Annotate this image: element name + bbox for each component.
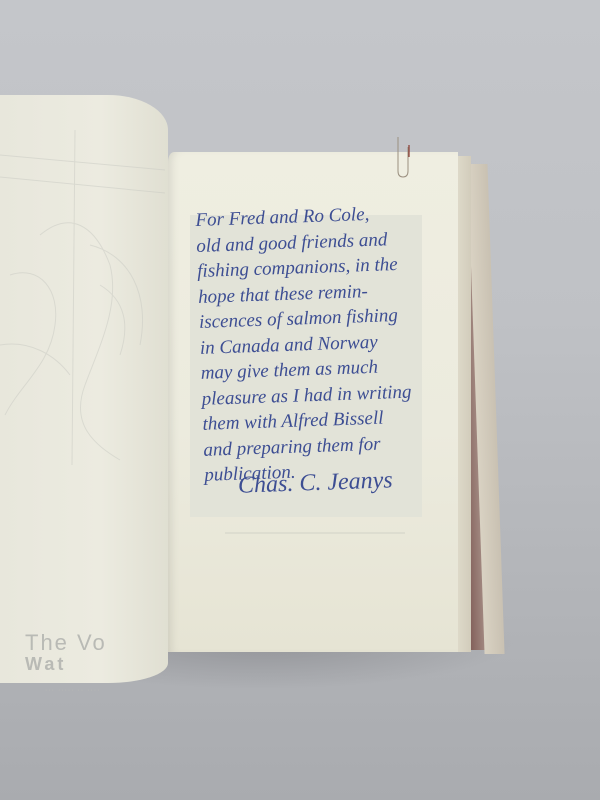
faint-title-text: The Vo Wat ··· ····· ·· ···· [25, 630, 107, 694]
photo-scene: The Vo Wat ··· ····· ·· ···· For Fred an… [0, 0, 600, 800]
paper-clip-icon [395, 135, 413, 179]
signature: Chas. C. Jeanys [238, 467, 394, 499]
left-page: The Vo Wat ··· ····· ·· ···· [0, 95, 168, 683]
handwritten-inscription: For Fred and Ro Cole, old and good frien… [195, 198, 505, 489]
faint-caption [225, 532, 405, 534]
faint-map-illustration [0, 115, 165, 465]
